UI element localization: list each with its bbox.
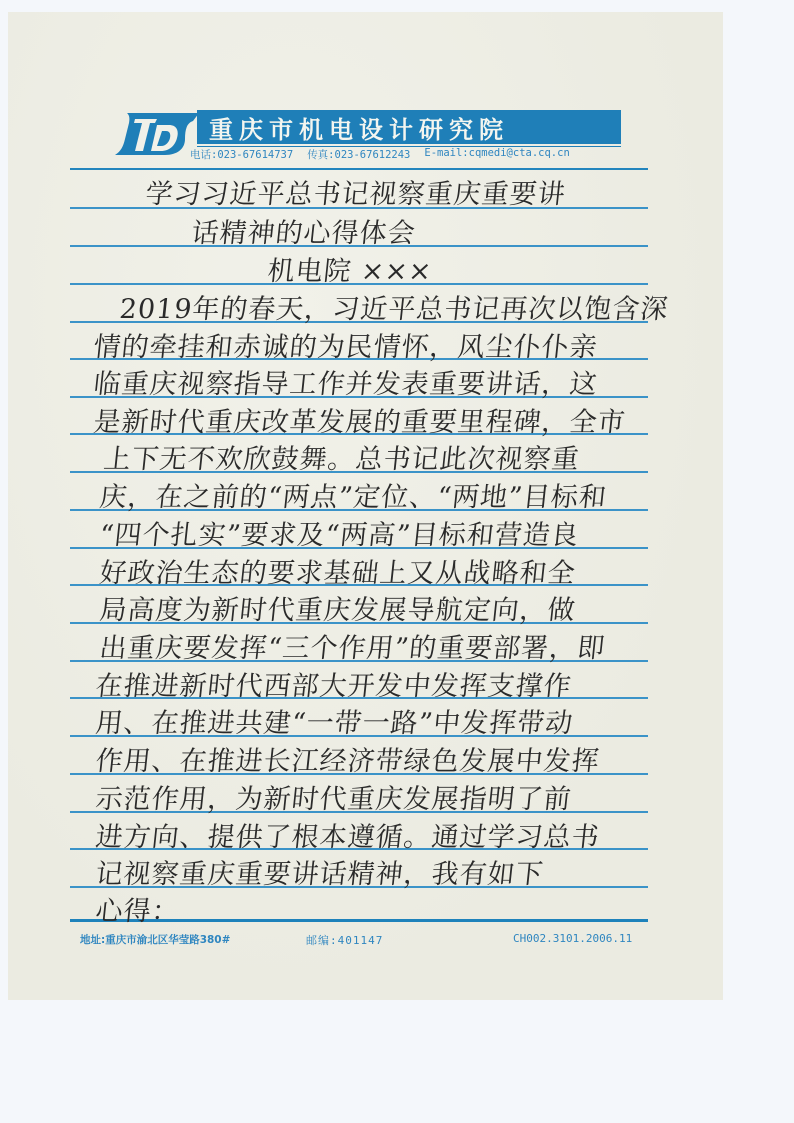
body-line: “四个扎实”要求及“两高”目标和营造良 [98, 513, 581, 552]
letter-author: 机电院 ××× [266, 249, 435, 288]
body-line: 用、在推进共建“一带一路”中发挥带动 [94, 701, 576, 740]
body-line: 局高度为新时代重庆发展导航定向，做 [98, 588, 578, 627]
letter-title-line: 话精神的心得体会 [190, 211, 418, 250]
fax-number: 传真:023-67612243 [307, 147, 410, 165]
body-line: 上下无不欢欣鼓舞。总书记此次视察重 [102, 437, 582, 476]
jd-logo-icon [113, 111, 201, 156]
institute-name: 重庆市机电设计研究院 [197, 110, 509, 145]
footer-address: 地址:重庆市渝北区华莹路380# [80, 932, 230, 950]
header-rule [70, 168, 648, 170]
letter-title-line: 学习习近平总书记视察重庆重要讲 [144, 172, 568, 211]
body-line: 记视察重庆重要讲话精神，我有如下 [94, 852, 546, 891]
body-line: 在推进新时代西部大开发中发挥支撑作 [94, 664, 574, 703]
body-line: 进方向、提供了根本遵循。通过学习总书 [94, 815, 602, 854]
body-line: 好政治生态的要求基础上又从战略和全 [98, 551, 578, 590]
body-line: 庆，在之前的“两点”定位、“两地”目标和 [98, 475, 609, 514]
email-address: E-mail:cqmedi@cta.cq.cn [424, 147, 569, 165]
body-line: 作用、在推进长江经济带绿色发展中发挥 [94, 739, 602, 778]
body-line: 出重庆要发挥“三个作用”的重要部署，即 [98, 626, 608, 665]
phone-number: 电话:023-67614737 [190, 147, 293, 165]
footer-postcode: 邮编:401147 [306, 932, 383, 950]
contact-info: 电话:023-67614737 传真:023-67612243 E-mail:c… [190, 147, 630, 165]
body-line: 心得： [94, 889, 182, 928]
body-line: 2019年的春天，习近平总书记再次以饱含深 [118, 287, 671, 326]
footer-form-code: CH002.3101.2006.11 [513, 932, 632, 950]
body-line: 情的牵挂和赤诚的为民情怀，风尘仆仆亲 [92, 325, 600, 364]
body-line: 临重庆视察指导工作并发表重要讲话，这 [92, 362, 600, 401]
body-line: 是新时代重庆改革发展的重要里程碑，全市 [92, 400, 628, 439]
institute-title-bar: 重庆市机电设计研究院 [197, 110, 621, 144]
body-line: 示范作用，为新时代重庆发展指明了前 [94, 777, 574, 816]
